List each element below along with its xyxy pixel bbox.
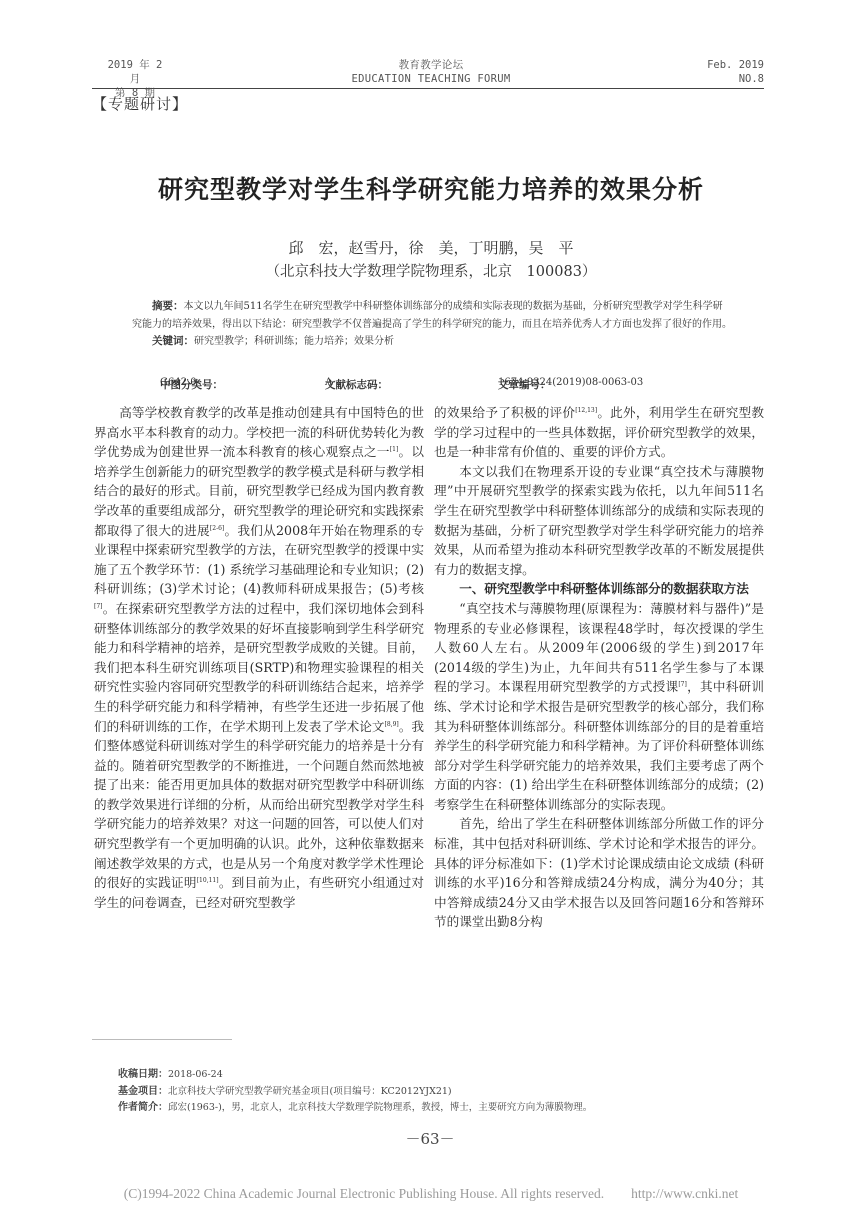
header-rule bbox=[92, 88, 764, 89]
text-run: ，其中科研训练、学术讨论和学术报告是研究型教学的核心部分，我们称其为科研整体训练… bbox=[434, 679, 764, 812]
author-bio: 作者简介：邱宏(1963-)，男，北京人，北京科技大学数理学院物理系，教授，博士… bbox=[118, 1100, 758, 1117]
abstract-block: 摘要：本文以九年间511名学生在研究型教学中科研整体训练部分的成绩和实际表现的数… bbox=[132, 298, 732, 351]
abstract-text: 本文以九年间511名学生在研究型教学中科研整体训练部分的成绩和实际表现的数据为基… bbox=[132, 301, 732, 330]
header-issue-en: Feb. 2019 NO.8 bbox=[690, 58, 764, 86]
header-issue-no: NO.8 bbox=[690, 72, 764, 86]
body-paragraph: 高等学校教育教学的改革是推动创建具有中国特色的世界高水平本科教育的动力。学校把一… bbox=[94, 403, 424, 912]
footnotes: 收稿日期：2018-06-24 基金项目：北京科技大学研究型教学研究基金项目(项… bbox=[118, 1067, 758, 1117]
copyright-notice: (C)1994-2022 China Academic Journal Elec… bbox=[0, 1182, 862, 1202]
page-number: －63－ bbox=[390, 1128, 470, 1149]
body-column-left: 高等学校教育教学的改革是推动创建具有中国特色的世界高水平本科教育的动力。学校把一… bbox=[94, 403, 424, 912]
section-heading: 一、研究型教学中科研整体训练部分的数据获取方法 bbox=[434, 579, 764, 599]
citation[interactable]: [12,13] bbox=[575, 407, 597, 414]
body-paragraph: 的效果给予了积极的评价[12,13]。此外，利用学生在研究型教学的学习过程中的一… bbox=[434, 403, 764, 462]
author-bio-label: 作者简介： bbox=[118, 1102, 168, 1113]
citation[interactable]: [1] bbox=[390, 446, 399, 453]
doc-code-label: 文献标志码： bbox=[325, 377, 388, 392]
citation[interactable]: [10,11] bbox=[197, 877, 219, 884]
author-bio-value: 邱宏(1963-)，男，北京人，北京科技大学数理学院物理系，教授，博士，主要研究… bbox=[168, 1102, 592, 1113]
keywords-label: 关键词： bbox=[152, 335, 194, 347]
authors: 邱 宏，赵雪丹，徐 美，丁明鹏，吴 平 bbox=[60, 237, 802, 258]
fund-label: 基金项目： bbox=[118, 1086, 168, 1097]
citation[interactable]: [8,9] bbox=[385, 721, 399, 728]
fund-value: 北京科技大学研究型教学研究基金项目(项目编号：KC2012YJX21) bbox=[168, 1086, 452, 1097]
abstract-label: 摘要： bbox=[152, 300, 184, 312]
body-column-right: 的效果给予了积极的评价[12,13]。此外，利用学生在研究型教学的学习过程中的一… bbox=[434, 403, 764, 932]
body-paragraph: 首先，给出了学生在科研整体训练部分所做工作的评分标准，其中包括对科研训练、学术讨… bbox=[434, 814, 764, 932]
journal-name-en: EDUCATION TEACHING FORUM bbox=[331, 72, 531, 86]
received-label: 收稿日期： bbox=[118, 1069, 168, 1080]
abstract: 摘要：本文以九年间511名学生在研究型教学中科研整体训练部分的成绩和实际表现的数… bbox=[132, 298, 732, 333]
doc-code-value: A bbox=[325, 377, 332, 388]
keywords: 关键词：研究型教学；科研训练；能力培养；效果分析 bbox=[132, 333, 732, 351]
body-paragraph: 本文以我们在物理系开设的专业课“真空技术与薄膜物理”中开展研究型教学的探索实践为… bbox=[434, 462, 764, 580]
citation[interactable]: [2-6] bbox=[210, 525, 224, 532]
citation[interactable]: [7] bbox=[94, 603, 103, 610]
classification-value: G642.0 bbox=[160, 377, 197, 388]
text-run: 。我们整体感觉科研训练对学生的科学研究能力的培养是十分有益的。随着研究型教学的不… bbox=[94, 719, 424, 891]
received-value: 2018-06-24 bbox=[168, 1069, 223, 1080]
text-run: 的效果给予了积极的评价 bbox=[434, 405, 575, 420]
affiliation: （北京科技大学数理学院物理系，北京 100083） bbox=[60, 260, 802, 281]
body-paragraph: “真空技术与薄膜物理(原课程为：薄膜材料与器件)”是物理系的专业必修课程，该课程… bbox=[434, 599, 764, 815]
article-number-value: 1674-9324(2019)08-0063-03 bbox=[498, 377, 643, 388]
citation[interactable]: [7] bbox=[678, 681, 687, 688]
keywords-text: 研究型教学；科研训练；能力培养；效果分析 bbox=[194, 336, 394, 347]
text-run: 高等学校教育教学的改革是推动创建具有中国特色的世界高水平本科教育的动力。学校把一… bbox=[94, 405, 424, 459]
text-run: 。在探索研究型教学方法的过程中，我们深切地体会到科研整体训练部分的教学效果的好坏… bbox=[94, 601, 424, 734]
header-date-en: Feb. 2019 bbox=[690, 58, 764, 72]
article-title: 研究型教学对学生科学研究能力培养的效果分析 bbox=[60, 170, 802, 206]
header-date: 2019 年 2 月 bbox=[100, 58, 170, 86]
column-tag: 【专题研讨】 bbox=[92, 93, 188, 114]
received-date: 收稿日期：2018-06-24 bbox=[118, 1067, 758, 1084]
journal-name-cn: 教育教学论坛 bbox=[331, 58, 531, 72]
fund-project: 基金项目：北京科技大学研究型教学研究基金项目(项目编号：KC2012YJX21) bbox=[118, 1084, 758, 1101]
footnote-rule bbox=[92, 1039, 232, 1040]
header-journal-name: 教育教学论坛 EDUCATION TEACHING FORUM bbox=[331, 58, 531, 86]
